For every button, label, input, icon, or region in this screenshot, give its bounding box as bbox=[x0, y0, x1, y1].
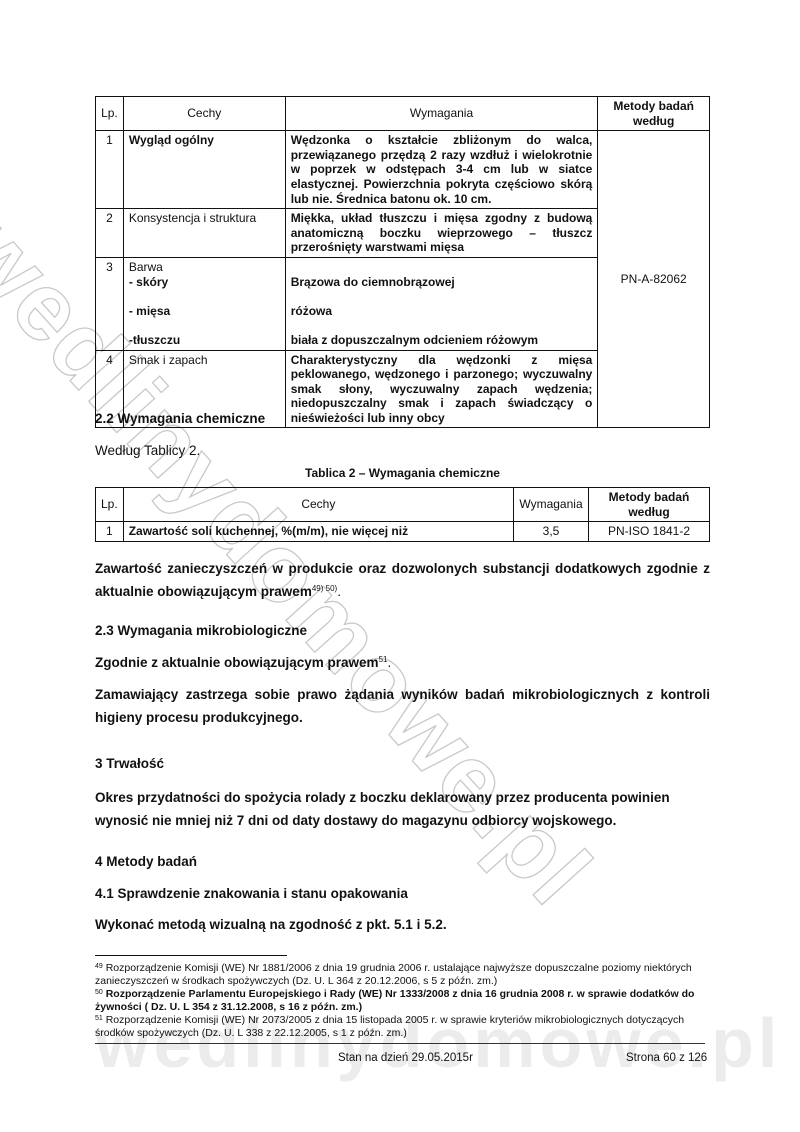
sub-label-tluszczu: -tłuszczu bbox=[129, 333, 280, 348]
header-wymagania: Wymagania bbox=[514, 488, 589, 522]
header-lp: Lp. bbox=[96, 488, 124, 522]
table-row: 1 Wygląd ogólny Wędzonka o kształcie zbl… bbox=[96, 131, 710, 209]
line1-text: Zgodnie z aktualnie obowiązującym prawem bbox=[95, 655, 379, 670]
cell-cechy: Barwa - skóry - mięsa -tłuszczu bbox=[123, 257, 285, 350]
sub-label-miesa: - mięsa bbox=[129, 304, 280, 319]
footnote-ref: 49) 50) bbox=[312, 584, 337, 593]
cell-lp: 3 bbox=[96, 257, 124, 350]
section-2-3-line2: Zamawiający zastrzega sobie prawo żądani… bbox=[95, 683, 710, 729]
footnote-text: Rozporządzenie Komisji (WE) Nr 2073/2005… bbox=[95, 1014, 684, 1039]
cell-cechy: Zawartość soli kuchennej, %(m/m), nie wi… bbox=[123, 522, 513, 542]
sub-value-miesa: różowa bbox=[291, 304, 593, 319]
contaminants-text: Zawartość zanieczyszczeń w produkcie ora… bbox=[95, 561, 710, 599]
section-2-3-heading: 2.3 Wymagania mikrobiologiczne bbox=[95, 619, 710, 642]
footnote-number: 49 bbox=[95, 963, 103, 970]
document-page: wedlinydomowe.pl wedlinydomowe.pl Lp. Ce… bbox=[0, 0, 800, 1132]
header-wymagania: Wymagania bbox=[285, 97, 598, 131]
section-2-2-heading: 2.2 Wymagania chemiczne bbox=[95, 407, 710, 430]
cell-cechy: Wygląd ogólny bbox=[123, 131, 285, 209]
period: . bbox=[387, 655, 391, 670]
cell-metoda: PN-ISO 1841-2 bbox=[589, 522, 710, 542]
table-header-row: Lp. Cechy Wymagania Metody badań według bbox=[96, 488, 710, 522]
cell-lp: 1 bbox=[96, 131, 124, 209]
header-metody: Metody badań według bbox=[598, 97, 710, 131]
footnote-49: 49 Rozporządzenie Komisji (WE) Nr 1881/2… bbox=[95, 962, 715, 988]
organoleptic-requirements-table: Lp. Cechy Wymagania Metody badań według … bbox=[95, 96, 710, 428]
header-metody: Metody badań według bbox=[589, 488, 710, 522]
table-row: 1 Zawartość soli kuchennej, %(m/m), nie … bbox=[96, 522, 710, 542]
header-lp: Lp. bbox=[96, 97, 124, 131]
section-2-2-intro: Według Tablicy 2. bbox=[95, 439, 710, 462]
cell-wymagania: 3,5 bbox=[514, 522, 589, 542]
footnote-number: 50 bbox=[95, 989, 103, 996]
section-4-1-heading: 4.1 Sprawdzenie znakowania i stanu opako… bbox=[95, 882, 710, 905]
cell-cechy: Konsystencja i struktura bbox=[123, 209, 285, 258]
cell-metoda: PN-A-82062 bbox=[598, 131, 710, 428]
footer-page-number: Strona 60 z 126 bbox=[626, 1052, 707, 1064]
footnote-50: 50 Rozporządzenie Parlamentu Europejskie… bbox=[95, 988, 715, 1014]
table-header-row: Lp. Cechy Wymagania Metody badań według bbox=[96, 97, 710, 131]
footnotes: 49 Rozporządzenie Komisji (WE) Nr 1881/2… bbox=[95, 962, 715, 1040]
footer-date: Stan na dzień 29.05.2015r bbox=[338, 1052, 473, 1064]
sub-label-skory: - skóry bbox=[129, 275, 280, 290]
footnote-text: Rozporządzenie Komisji (WE) Nr 1881/2006… bbox=[95, 962, 692, 987]
header-cechy: Cechy bbox=[123, 97, 285, 131]
cell-wymagania: Miękka, układ tłuszczu i mięsa zgodny z … bbox=[285, 209, 598, 258]
section-3-text: Okres przydatności do spożycia rolady z … bbox=[95, 786, 710, 832]
section-3-heading: 3 Trwałość bbox=[95, 752, 710, 775]
line2-text: Zamawiający zastrzega sobie prawo żądani… bbox=[95, 687, 710, 725]
cell-lp: 2 bbox=[96, 209, 124, 258]
table2-caption: Tablica 2 – Wymagania chemiczne bbox=[95, 466, 710, 480]
header-cechy: Cechy bbox=[123, 488, 513, 522]
footnote-separator bbox=[95, 955, 287, 956]
section-4-heading: 4 Metody badań bbox=[95, 850, 710, 873]
sub-value-skory: Brązowa do ciemnobrązowej bbox=[291, 275, 593, 290]
period: . bbox=[337, 584, 341, 599]
footer-separator bbox=[95, 1043, 705, 1044]
cell-wymagania: Wędzonka o kształcie zbliżonym do walca,… bbox=[285, 131, 598, 209]
chemical-requirements-table: Lp. Cechy Wymagania Metody badań według … bbox=[95, 487, 710, 542]
section-4-1-text: Wykonać metodą wizualną na zgodność z pk… bbox=[95, 913, 710, 936]
contaminants-paragraph: Zawartość zanieczyszczeń w produkcie ora… bbox=[95, 557, 710, 603]
sub-value-tluszczu: biała z dopuszczalnym odcieniem różowym bbox=[291, 333, 593, 348]
footnote-51: 51 Rozporządzenie Komisji (WE) Nr 2073/2… bbox=[95, 1014, 715, 1040]
cell-lp: 1 bbox=[96, 522, 124, 542]
cechy-label: Barwa bbox=[129, 260, 280, 275]
footnote-number: 51 bbox=[95, 1015, 103, 1022]
section-2-3-line1: Zgodnie z aktualnie obowiązującym prawem… bbox=[95, 651, 710, 674]
footnote-ref: 51 bbox=[379, 655, 388, 664]
cell-wymagania: Brązowa do ciemnobrązowej różowa biała z… bbox=[285, 257, 598, 350]
footnote-text: Rozporządzenie Parlamentu Europejskiego … bbox=[95, 988, 694, 1013]
